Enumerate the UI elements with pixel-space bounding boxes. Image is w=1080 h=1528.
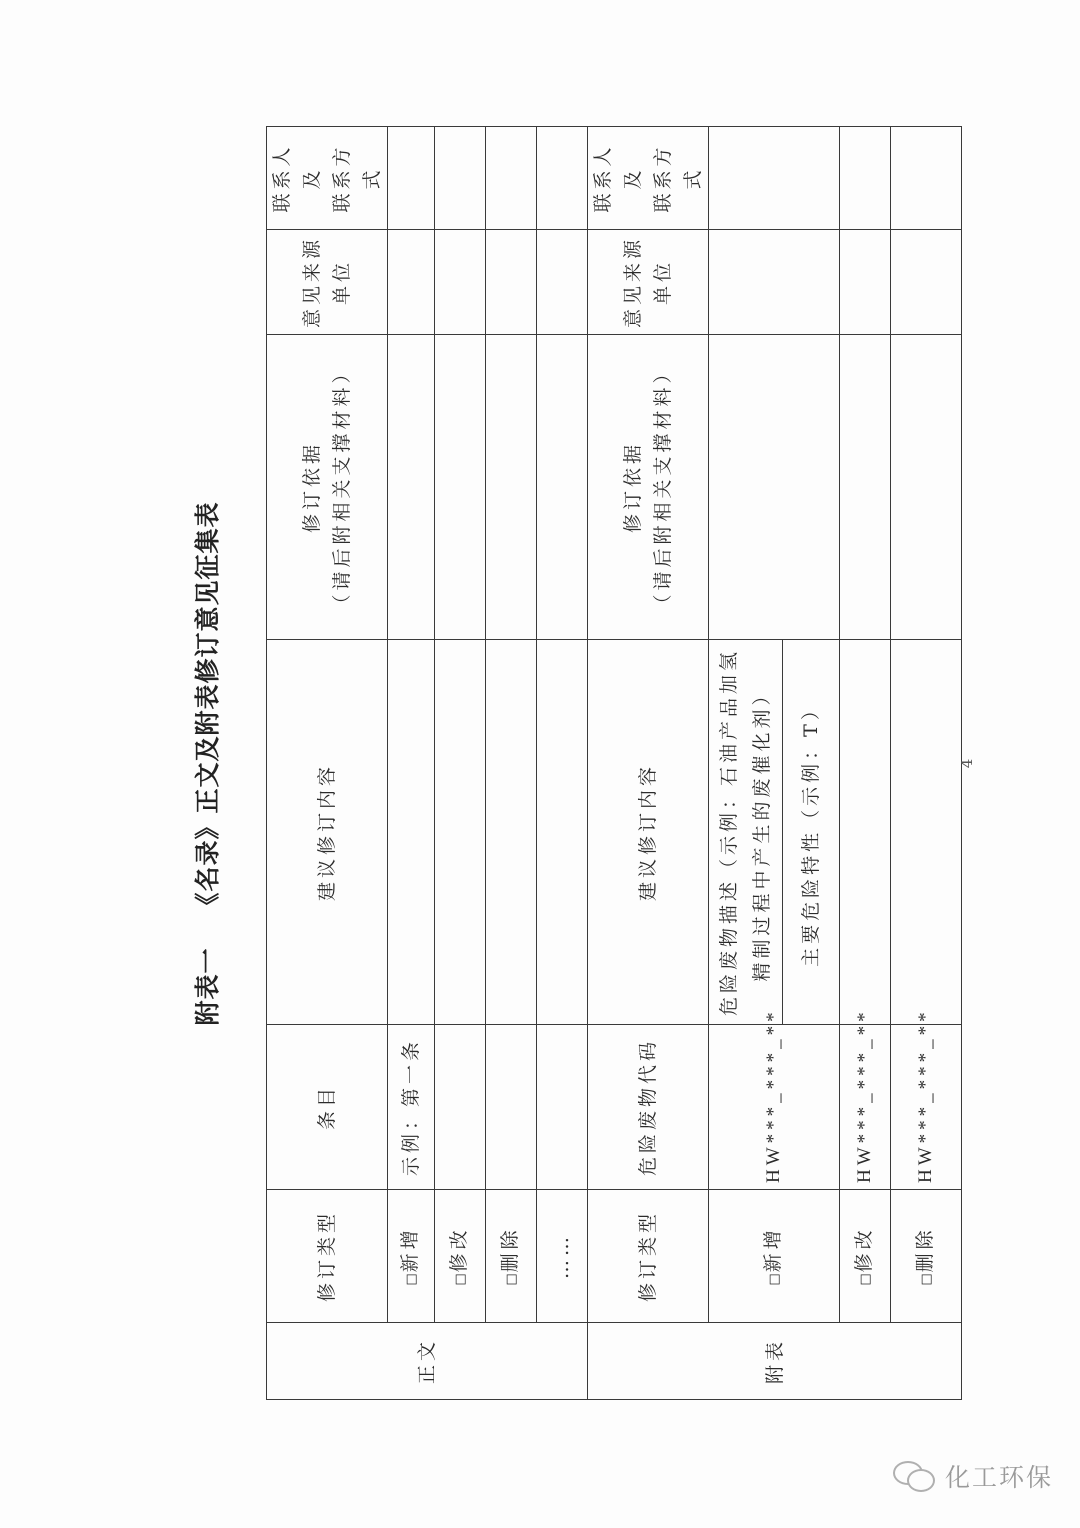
contact-cell[interactable]	[891, 126, 962, 229]
contact-cell[interactable]	[486, 126, 537, 229]
basis-line1: 修订依据	[297, 341, 327, 633]
checkbox-delete[interactable]: □删除	[486, 1190, 537, 1323]
item-cell[interactable]	[486, 1025, 537, 1190]
table-row: □修改	[435, 126, 486, 1399]
contact-line2: 联系方式	[648, 133, 708, 223]
basis-line2: （请后附相关支撑材料）	[327, 341, 357, 633]
section-label-appendix: 附表	[588, 1323, 962, 1400]
revision-opinion-table: 正文 修订类型 条目 建议修订内容 修订依据（请后附相关支撑材料） 意见来源单位…	[266, 126, 962, 1400]
source-cell[interactable]	[537, 229, 588, 334]
header-contact: 联系人及联系方式	[267, 126, 388, 229]
suggested-content-cell[interactable]	[537, 639, 588, 1024]
checkbox-add[interactable]: □新增	[388, 1190, 435, 1323]
page-title: 附表一《名录》正文及附表修订意见征集表	[188, 127, 224, 1400]
checkbox-modify[interactable]: □修改	[840, 1190, 891, 1323]
source-cell[interactable]	[435, 229, 486, 334]
suggested-content-cell[interactable]	[486, 639, 537, 1024]
header-revision-type: 修订类型	[267, 1190, 388, 1323]
suggested-content-cell[interactable]	[840, 639, 891, 1024]
source-line2: 单位	[327, 236, 357, 328]
revision-type-label: 删除	[914, 1226, 936, 1272]
page-number: 4	[958, 127, 976, 1400]
waste-description-cell[interactable]: 危险废物描述（示例：石油产品加氢精制过程中产生的废催化剂）	[709, 639, 783, 1024]
header-waste-code: 危险废物代码	[588, 1025, 709, 1190]
title-prefix: 附表一	[193, 948, 222, 1026]
source-cell[interactable]	[709, 229, 840, 334]
basis-cell[interactable]	[709, 334, 840, 639]
source-line1: 意见来源	[297, 236, 327, 328]
header-revision-type: 修订类型	[588, 1190, 709, 1323]
waste-code-cell[interactable]: HW***_***_**	[840, 1025, 891, 1190]
watermark: 化工环保	[893, 1458, 1053, 1494]
contact-line2: 联系方式	[327, 133, 387, 223]
item-cell[interactable]	[537, 1025, 588, 1190]
section-label-main: 正文	[267, 1323, 588, 1400]
basis-line2: （请后附相关支撑材料）	[648, 341, 678, 633]
ellipsis-cell: ……	[537, 1190, 588, 1323]
contact-line1: 联系人及	[267, 133, 327, 223]
appendix-header-row: 附表 修订类型 危险废物代码 建议修订内容 修订依据（请后附相关支撑材料） 意见…	[588, 126, 709, 1399]
checkbox-icon[interactable]: □	[858, 1273, 873, 1285]
basis-cell[interactable]	[388, 334, 435, 639]
item-cell[interactable]: 示例：第一条	[388, 1025, 435, 1190]
watermark-text: 化工环保	[945, 1458, 1053, 1494]
table-row: □新增 示例：第一条	[388, 126, 435, 1399]
revision-type-label: 新增	[762, 1226, 784, 1272]
revision-type-label: 修改	[853, 1226, 875, 1272]
source-line2: 单位	[648, 236, 678, 328]
waste-code-cell[interactable]: HW***_***_**	[709, 1025, 840, 1190]
header-source: 意见来源单位	[588, 229, 709, 334]
table-row: □删除	[486, 126, 537, 1399]
hazard-characteristic-cell[interactable]: 主要危险特性（示例：T）	[783, 639, 840, 1024]
revision-type-label: 新增	[399, 1226, 421, 1272]
basis-cell[interactable]	[840, 334, 891, 639]
main-header-row: 正文 修订类型 条目 建议修订内容 修订依据（请后附相关支撑材料） 意见来源单位…	[267, 126, 388, 1399]
wechat-icon	[893, 1459, 937, 1493]
table-row: □删除 HW***_***_**	[891, 126, 962, 1399]
contact-cell[interactable]	[709, 126, 840, 229]
header-suggested-content: 建议修订内容	[588, 639, 709, 1024]
header-basis: 修订依据（请后附相关支撑材料）	[588, 334, 709, 639]
checkbox-icon[interactable]: □	[919, 1273, 934, 1285]
basis-cell[interactable]	[435, 334, 486, 639]
contact-cell[interactable]	[537, 126, 588, 229]
revision-type-label: 删除	[499, 1226, 521, 1272]
rotated-sheet: 附表一《名录》正文及附表修订意见征集表 正文 修订类型 条目 建议修订内容 修订…	[266, 127, 845, 1400]
waste-code-cell[interactable]: HW***_***_**	[891, 1025, 962, 1190]
source-cell[interactable]	[891, 229, 962, 334]
header-item: 条目	[267, 1025, 388, 1190]
suggested-content-cell[interactable]	[388, 639, 435, 1024]
header-suggested-content: 建议修订内容	[267, 639, 388, 1024]
checkbox-icon[interactable]: □	[504, 1273, 519, 1285]
checkbox-add[interactable]: □新增	[709, 1190, 840, 1323]
basis-line1: 修订依据	[618, 341, 648, 633]
title-text: 《名录》正文及附表修订意见征集表	[193, 501, 222, 917]
source-cell[interactable]	[388, 229, 435, 334]
header-contact: 联系人及联系方式	[588, 126, 709, 229]
contact-cell[interactable]	[840, 126, 891, 229]
contact-cell[interactable]	[435, 126, 486, 229]
source-cell[interactable]	[840, 229, 891, 334]
document-page: 附表一《名录》正文及附表修订意见征集表 正文 修订类型 条目 建议修订内容 修订…	[0, 0, 1080, 1528]
suggested-content-cell[interactable]	[435, 639, 486, 1024]
table-row: □修改 HW***_***_**	[840, 126, 891, 1399]
checkbox-icon[interactable]: □	[453, 1273, 468, 1285]
table-row: □新增 HW***_***_** 危险废物描述（示例：石油产品加氢精制过程中产生…	[709, 126, 783, 1399]
basis-cell[interactable]	[537, 334, 588, 639]
suggested-content-cell[interactable]	[891, 639, 962, 1024]
checkbox-icon[interactable]: □	[767, 1273, 782, 1285]
checkbox-delete[interactable]: □删除	[891, 1190, 962, 1323]
source-cell[interactable]	[486, 229, 537, 334]
header-source: 意见来源单位	[267, 229, 388, 334]
item-cell[interactable]	[435, 1025, 486, 1190]
source-line1: 意见来源	[618, 236, 648, 328]
revision-type-label: 修改	[448, 1226, 470, 1272]
contact-cell[interactable]	[388, 126, 435, 229]
checkbox-modify[interactable]: □修改	[435, 1190, 486, 1323]
checkbox-icon[interactable]: □	[404, 1273, 419, 1285]
table-row: ……	[537, 126, 588, 1399]
basis-cell[interactable]	[486, 334, 537, 639]
basis-cell[interactable]	[891, 334, 962, 639]
header-basis: 修订依据（请后附相关支撑材料）	[267, 334, 388, 639]
contact-line1: 联系人及	[588, 133, 648, 223]
